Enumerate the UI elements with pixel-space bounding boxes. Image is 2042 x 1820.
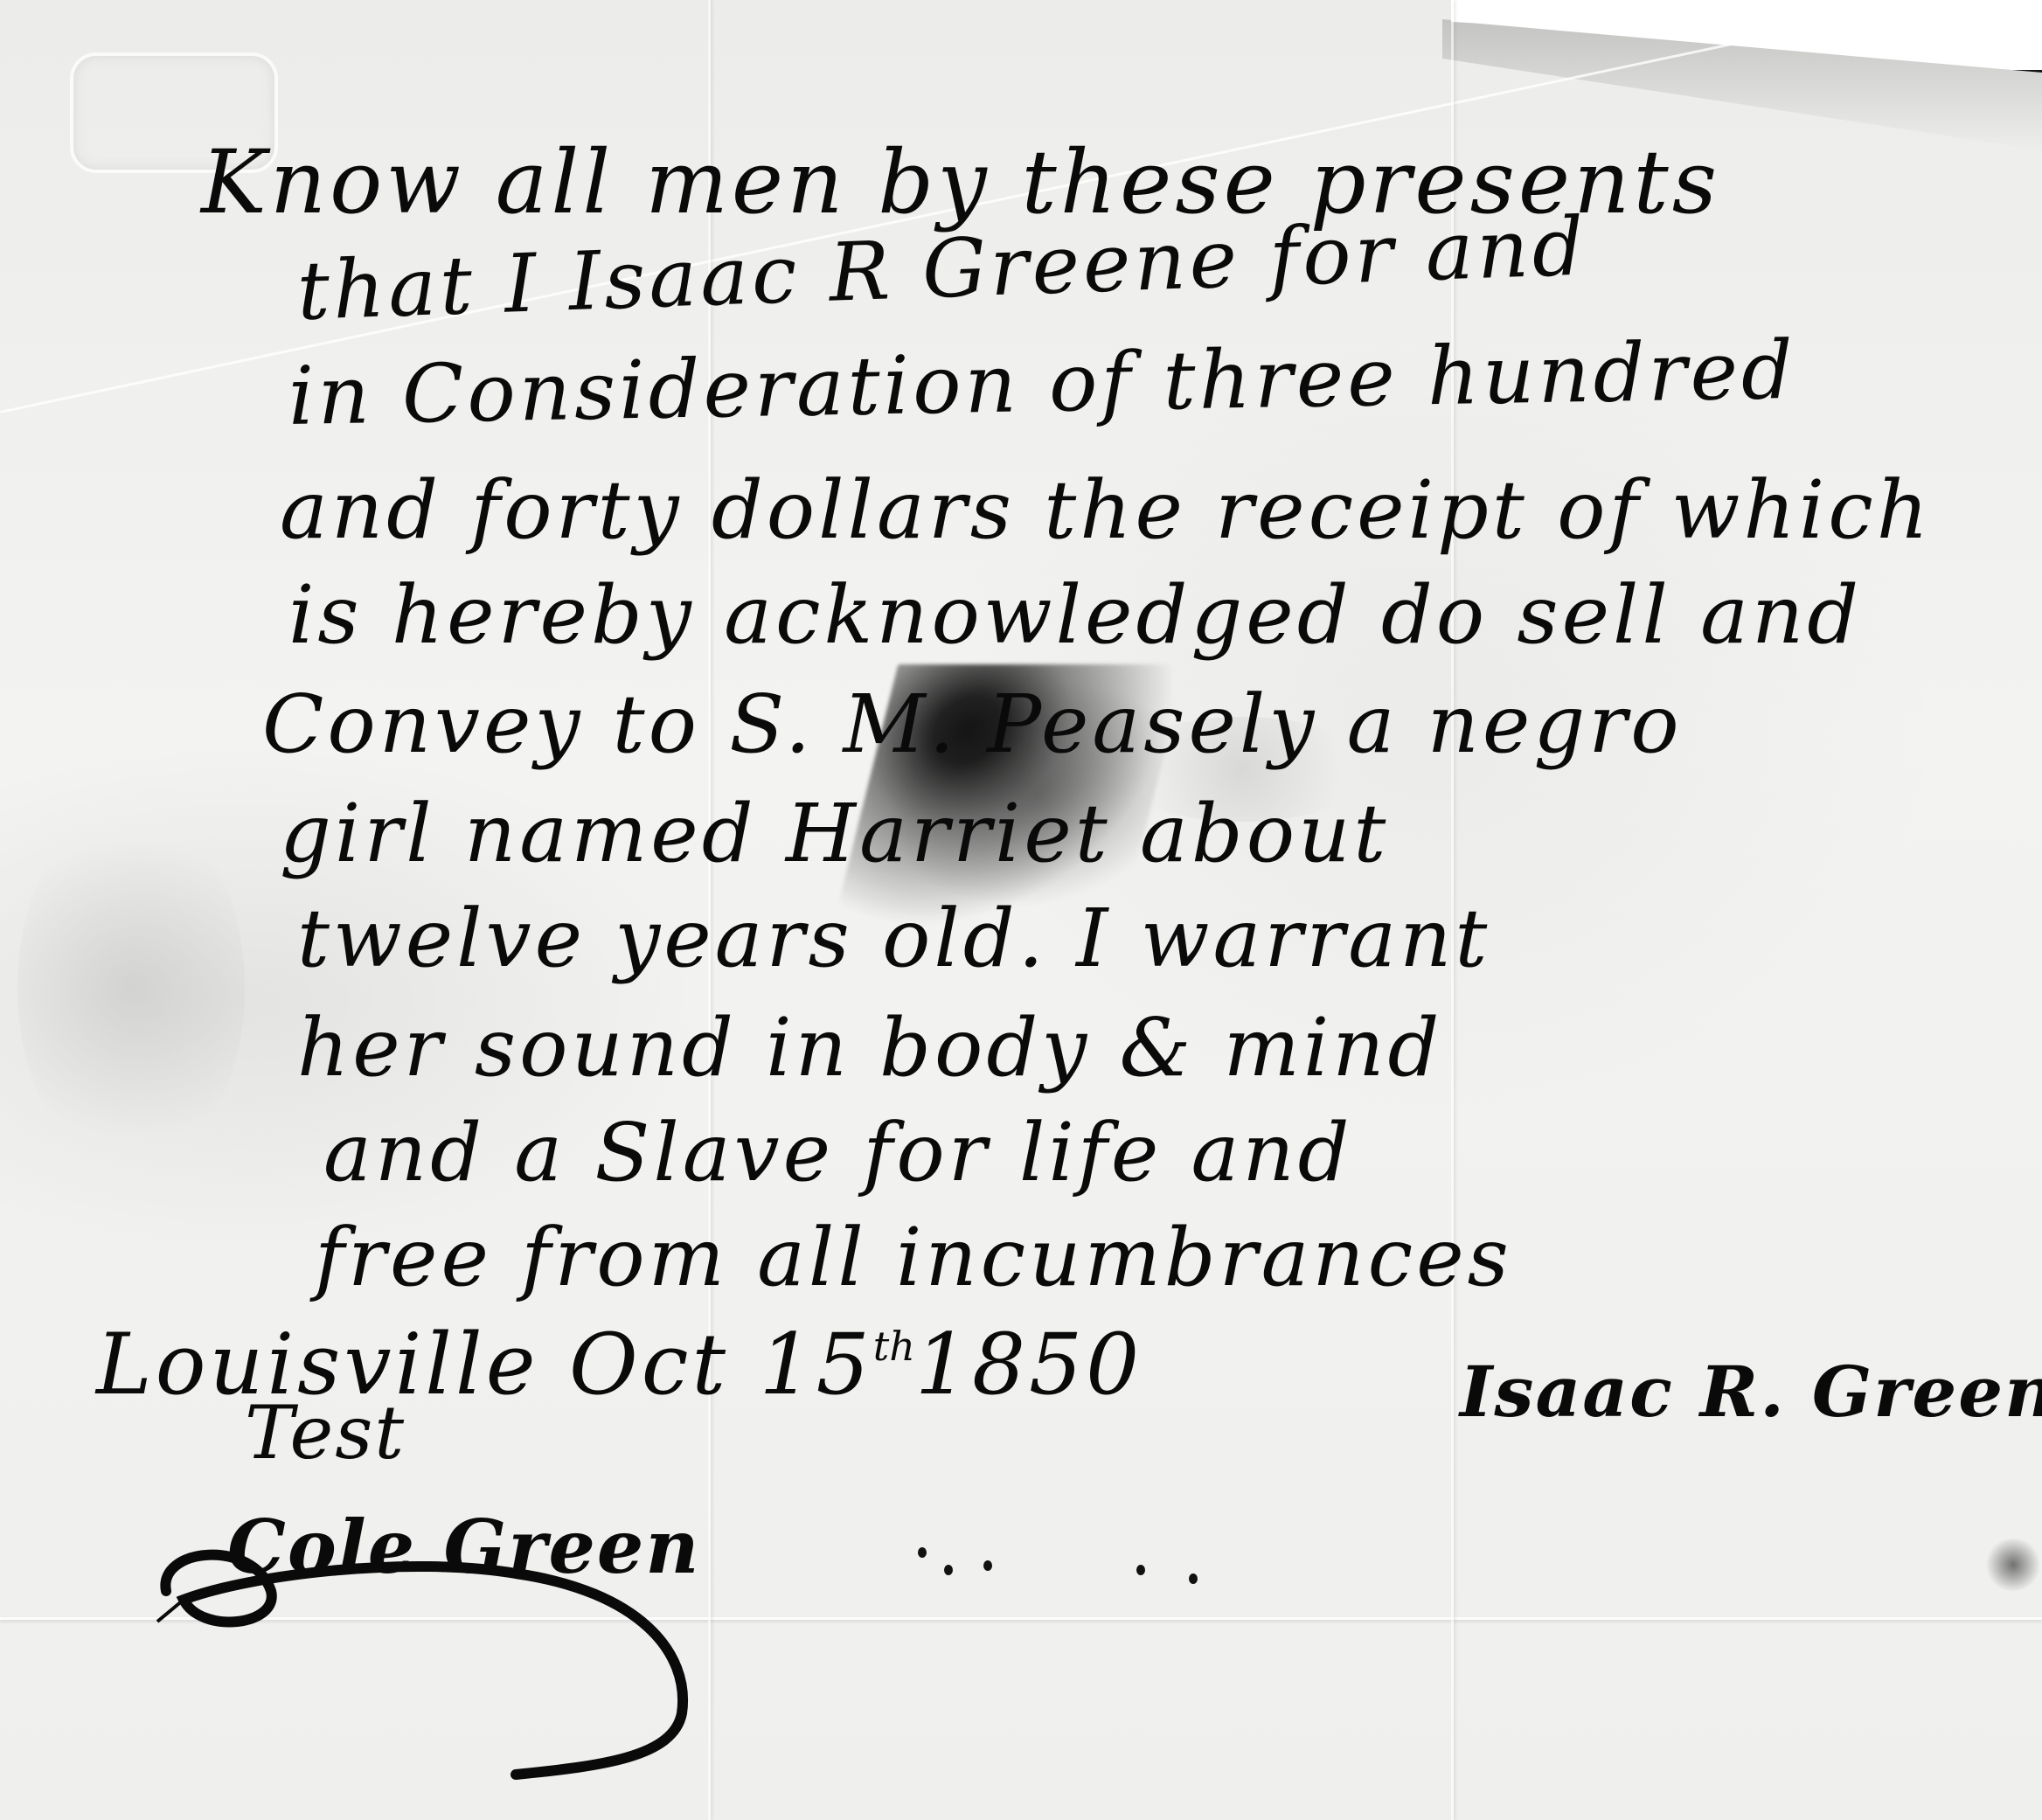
dateline-year: 1850: [915, 1316, 1143, 1414]
dateline-month-day: Oct 15: [569, 1316, 873, 1414]
body-line-6: Convey to S. M. Peasely a negro: [262, 677, 1683, 771]
body-line-4: and forty dollars the receipt of which: [280, 463, 1932, 557]
body-line-11: free from all incumbrances: [315, 1211, 1512, 1304]
body-line-10: and a Slave for life and: [323, 1106, 1353, 1199]
attest-label: Test: [245, 1390, 406, 1476]
signature-flourish: [149, 1539, 848, 1783]
seller-signature: Isaac R. Greene: [1460, 1351, 2042, 1433]
body-line-5: is hereby acknowledged do sell and: [288, 568, 1862, 662]
corner-stain: [1984, 1539, 2042, 1591]
body-line-7: girl named Harriet about: [280, 787, 1389, 880]
dateline-ordinal: th: [873, 1323, 915, 1370]
body-line-8: twelve years old. I warrant: [297, 892, 1490, 985]
water-stain: [17, 804, 245, 1171]
body-line-9: her sound in body & mind: [297, 1001, 1442, 1094]
